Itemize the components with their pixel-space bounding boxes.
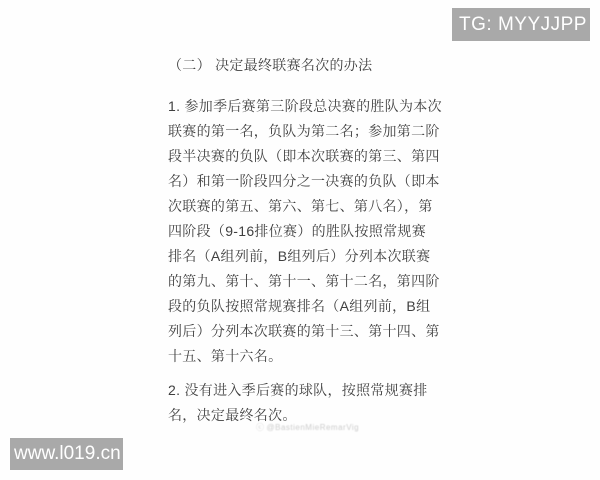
paragraph-non-playoff-ranking: 2. 没有进入季后赛的球队，按照常规赛排 名，决定最终名次。 xyxy=(168,378,468,428)
document-screenshot-page: TG: MYYJJPP （二） 决定最终联赛名次的办法 1. 参加季后赛第三阶段… xyxy=(0,0,600,480)
telegram-watermark-banner: TG: MYYJJPP xyxy=(452,8,590,41)
faint-watermark: ⓒ@BastienMieRemarVig xyxy=(256,423,359,433)
document-text-block: （二） 决定最终联赛名次的办法 1. 参加季后赛第三阶段总决赛的胜队为本次 联赛… xyxy=(168,53,468,428)
copyright-icon: ⓒ xyxy=(256,423,265,432)
paragraph-playoff-ranking: 1. 参加季后赛第三阶段总决赛的胜队为本次 联赛的第一名，负队为第二名；参加第二… xyxy=(168,94,468,369)
section-heading: （二） 决定最终联赛名次的办法 xyxy=(168,53,468,78)
site-url-watermark-banner: www.l019.cn xyxy=(10,438,123,470)
faint-watermark-text: @BastienMieRemarVig xyxy=(267,423,360,432)
